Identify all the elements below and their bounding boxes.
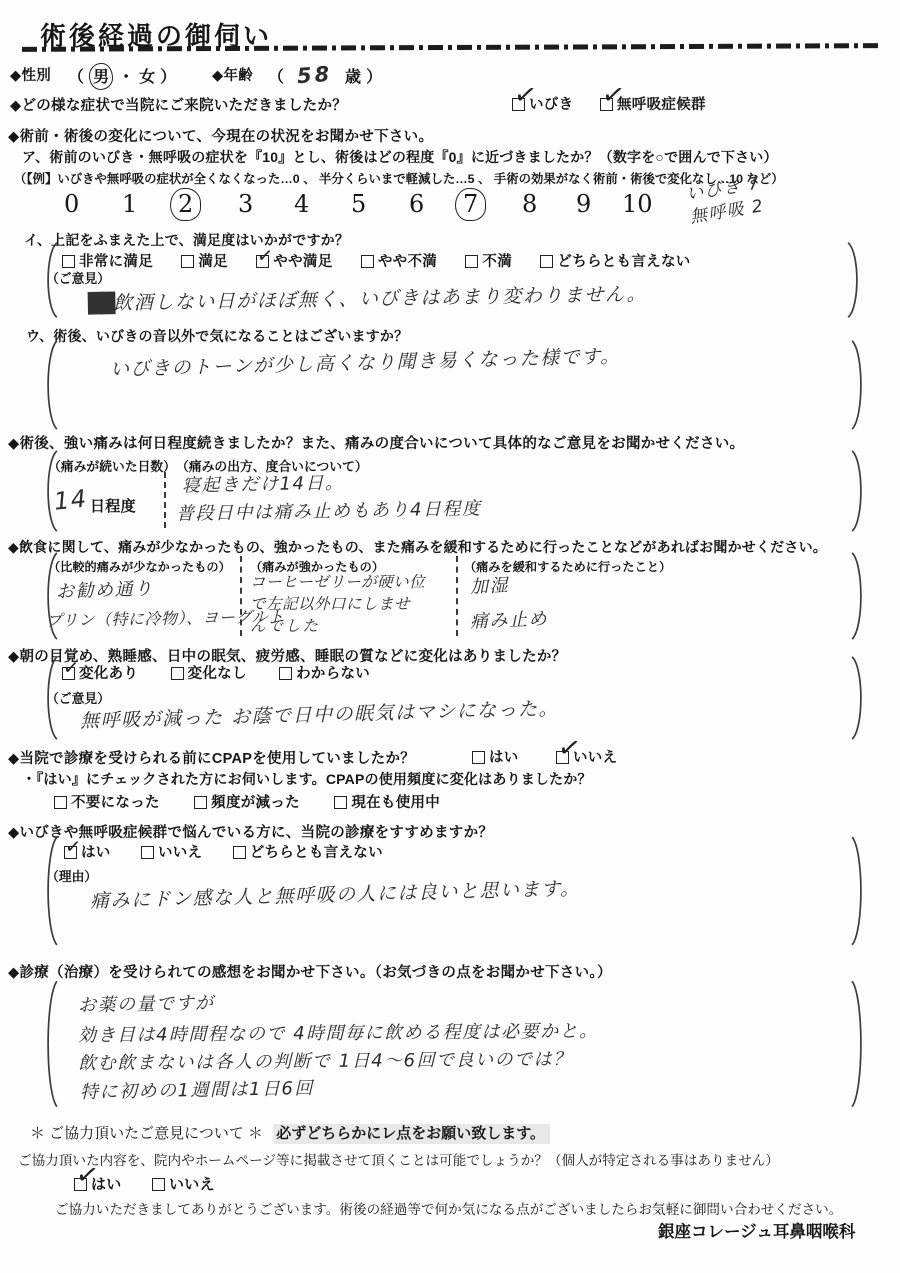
option-label: 不要になった <box>71 795 160 811</box>
checkbox <box>279 667 292 680</box>
impression-line3: 飲む飲まないは各人の判断で 1日4〜6回で良いのでは？ <box>78 1045 573 1075</box>
bracket-left <box>42 836 59 946</box>
recommend-options: ✓はい いいえ どちらとも言えない <box>64 841 383 862</box>
bracket-left <box>42 340 59 430</box>
footer-note: ＊ ご協力頂いたご意見について ＊ 必ずどちらかにレ点をお願い致します。 <box>30 1122 550 1143</box>
eating-heading: ◆飲食に関して、痛みが少なかったもの、強かったもの、また痛みを緩和するために行っ… <box>8 537 827 557</box>
symptom-question: ◆どの様な症状で当院にご来院いただきましたか？ <box>10 94 347 115</box>
footer-note-bold: 必ずどちらかにレ点をお願い致します。 <box>273 1124 550 1144</box>
option-no: いいえ <box>141 845 202 861</box>
publish-option-no: いいえ <box>152 1173 215 1194</box>
bracket-right <box>850 552 867 640</box>
sleep-comment: 無呼吸が減った お蔭で日中の眠気はマシになった。 <box>80 694 560 734</box>
option-label: いいえ <box>158 845 202 861</box>
option-label: 不満 <box>482 254 512 270</box>
eating-col3-line2: 痛み止め <box>470 605 549 634</box>
other-concern-question: ウ、術後、いびきの音以外で気になることはございますか？ <box>26 326 408 346</box>
paren: ） <box>366 69 382 86</box>
cpap-option-no: ✓いいえ <box>556 746 617 767</box>
impression-line4: 特に初めの1週間は1日6回 <box>80 1074 314 1104</box>
eating-col1-label: （比較的痛みが少なかったもの） <box>48 558 231 575</box>
checkbox <box>465 255 478 268</box>
age-unit: 歳 <box>345 69 361 86</box>
option-label: はい <box>81 845 111 861</box>
publish-option-yes: ✓はい <box>74 1173 122 1194</box>
checkbox <box>361 255 374 268</box>
eating-col1-line1: お勧め通り <box>56 574 154 603</box>
checkbox-checked: ✓ <box>256 255 269 268</box>
option-unsatisfied: 不満 <box>465 254 512 270</box>
checkbox <box>334 796 347 809</box>
clinic-name: 銀座コレージュ耳鼻咽喉科 <box>658 1218 855 1242</box>
eating-col2-line2: で左記以外口にしませ <box>250 592 410 614</box>
option-label: 満足 <box>198 254 228 270</box>
scale-1: 1 <box>122 190 137 218</box>
symptom-option-mukokyu: ✓無呼吸症候群 <box>600 93 706 114</box>
cpap-question: ◆当院で診療を受けられる前にCPAPを使用していましたか？ <box>8 747 415 768</box>
scale-5: 5 <box>351 190 366 218</box>
checkbox <box>472 751 485 764</box>
option-label: わからない <box>296 666 370 682</box>
questionnaire-scan: 術後経過の御伺い ◆性別 （ 男 ・ 女 ） ◆年齢 （ 58 歳 ） ◆どの様… <box>0 0 900 1273</box>
check-mark-icon: ✓ <box>256 246 274 267</box>
eating-col2-line1: コーヒーゼリーが硬い位 <box>250 570 425 592</box>
bracket-right <box>850 980 867 1108</box>
pain-heading: ◆術後、強い痛みは何日程度続きましたか？また、痛みの度合いについて具体的なご意見… <box>8 432 744 453</box>
option-label: 変化あり <box>79 666 138 682</box>
pain-detail-line2: 普段日中は痛み止めもあり4日程度 <box>176 494 482 525</box>
symptom-option-ibiki: ✓いびき <box>512 93 573 114</box>
option-label: はい <box>489 750 519 766</box>
option-unknown: わからない <box>279 666 370 682</box>
gender-value: （ 男 ・ 女 ） <box>68 63 177 90</box>
checkbox-checked: ✓ <box>62 667 75 680</box>
comment-handwriting: 飲酒しない日がほぼ無く、いびきはあまり変わりません。 <box>113 283 647 314</box>
cpap-followup-options: 不要になった 頻度が減った 現在も使用中 <box>54 791 440 812</box>
scale-8: 8 <box>522 190 537 218</box>
check-mark-icon: ✓ <box>64 837 82 858</box>
change-example: （【例】いびきや無呼吸の症状が全くなくなった…0 、 半分くらいまで軽減した…5… <box>14 169 784 187</box>
change-heading: ◆術前・術後の変化について、今現在の状況をお聞かせ下さい。 <box>8 125 433 146</box>
cpap-followup: ・『はい』にチェックされた方にお伺いします。CPAPの使用頻度に変化はありました… <box>22 769 592 789</box>
footer-note-prefix: ＊ ご協力頂いたご意見について ＊ <box>30 1125 263 1142</box>
symptom-option-label: 無呼吸症候群 <box>617 97 706 113</box>
satisfaction-question: イ、上記をふまえた上で、満足度はいかがですか？ <box>24 230 349 250</box>
check-mark-icon: ✓ <box>600 80 627 111</box>
option-label: やや不満 <box>378 254 437 270</box>
checkbox-mukokyu: ✓ <box>600 98 613 111</box>
check-mark-icon: ✓ <box>556 733 583 764</box>
option-somewhat-unsatisfied: やや不満 <box>361 254 437 270</box>
comment-label: （ご意見） <box>46 268 110 287</box>
scale-7-circled: 7 <box>455 188 486 221</box>
bracket-right <box>846 242 863 318</box>
option-label: 現在も使用中 <box>351 795 440 811</box>
paren: （ <box>268 69 284 86</box>
bracket-right <box>850 836 867 946</box>
pain-days-unit: 日程度 <box>90 495 136 516</box>
reason-label: （理由） <box>46 866 97 885</box>
age-field: （ 58 歳 ） <box>268 63 382 87</box>
checkbox-checked: ✓ <box>74 1178 87 1191</box>
checkbox-ibiki: ✓ <box>512 98 525 111</box>
option-label: どちらとも言えない <box>250 845 383 861</box>
pain-days-value: 14 <box>53 484 89 515</box>
comment-label: （ご意見） <box>46 688 110 707</box>
checkbox <box>152 1178 165 1191</box>
option-label: 変化なし <box>188 666 247 682</box>
check-mark-icon: ✓ <box>512 80 539 111</box>
checkbox <box>62 255 75 268</box>
option-neither: どちらとも言えない <box>233 845 383 861</box>
option-label: 頻度が減った <box>211 795 300 811</box>
option-label: どちらとも言えない <box>557 254 690 270</box>
scale-3: 3 <box>238 190 253 218</box>
change-sub-a: ア、術前のいびき・無呼吸の症状を『10』とし、術後はどの程度『0』に近づきました… <box>22 147 778 167</box>
satisfaction-options: 非常に満足 満足 ✓やや満足 やや不満 不満 どちらとも言えない <box>62 250 691 271</box>
eating-col3-line1: 加湿 <box>469 571 509 599</box>
gender-male-circled: 男 <box>89 63 113 90</box>
eating-col1-line2: プリン（特に冷物）、ヨーグルト <box>46 604 285 631</box>
publish-question: ご協力頂いた内容を、院内やホームページ等に掲載させて頂くことは可能でしょうか？（… <box>18 1149 779 1169</box>
impression-heading: ◆診療（治療）を受けられての感想をお聞かせ下さい。（お気づきの点をお聞かせ下さい… <box>8 961 612 982</box>
eating-col2-line3: んでした <box>250 614 320 636</box>
option-satisfied: 満足 <box>181 254 228 270</box>
scribbled-out-text: ██ <box>88 292 114 314</box>
checkbox <box>194 796 207 809</box>
scale-4: 4 <box>294 190 309 218</box>
scale-2-circled: 2 <box>170 188 201 221</box>
bracket-right <box>850 450 867 532</box>
sleep-options: ✓変化あり 変化なし わからない <box>62 662 370 683</box>
check-mark-icon: ✓ <box>62 658 80 679</box>
check-mark-icon: ✓ <box>74 1160 101 1191</box>
checkbox <box>233 846 246 859</box>
satisfaction-comment: ██飲酒しない日がほぼ無く、いびきはあまり変わりません。 <box>88 279 647 316</box>
gender-female: 女 <box>139 69 155 86</box>
checkbox <box>181 255 194 268</box>
recommend-reason: 痛みにドン感な人と無呼吸の人には良いと思います。 <box>90 874 581 914</box>
scale-0: 0 <box>64 190 79 218</box>
age-label: ◆年齢 <box>212 64 253 85</box>
option-no-longer-needed: 不要になった <box>54 795 160 811</box>
pain-detail-line1: 寝起きだけ14日。 <box>182 469 345 498</box>
option-no-change: 変化なし <box>171 666 247 682</box>
bracket-left <box>42 980 59 1108</box>
thanks-text: ご協力いただきましてありがとうございます。術後の経過等で何か気になる点がございま… <box>55 1198 842 1218</box>
bracket-right <box>850 340 867 430</box>
pain-days-label: （痛みが続いた日数） <box>48 456 176 475</box>
scale-9: 9 <box>576 190 591 218</box>
option-frequency-reduced: 頻度が減った <box>194 795 300 811</box>
pain-divider <box>164 472 166 528</box>
other-concern-answer: いびきのトーンが少し高くなり聞き易くなった様です。 <box>110 341 621 381</box>
option-label: やや満足 <box>273 254 332 270</box>
checkbox <box>171 667 184 680</box>
age-handwritten: 58 <box>296 62 333 88</box>
paren: ） <box>160 69 176 86</box>
bracket-right <box>850 656 867 740</box>
cpap-option-yes: はい <box>472 746 519 767</box>
option-still-using: 現在も使用中 <box>334 795 440 811</box>
checkbox <box>540 255 553 268</box>
gender-label: ◆性別 <box>10 64 51 85</box>
checkbox-checked: ✓ <box>64 846 77 859</box>
paren: （ <box>68 69 84 86</box>
eating-divider-2 <box>456 556 458 636</box>
option-label: いいえ <box>169 1176 215 1193</box>
option-neither: どちらとも言えない <box>540 254 690 270</box>
option-changed: ✓変化あり <box>62 666 138 682</box>
checkbox-checked: ✓ <box>556 751 569 764</box>
option-yes: ✓はい <box>64 845 111 861</box>
checkbox <box>141 846 154 859</box>
impression-line2: 効き目は4時間程なので 4時間毎に飲める程度は必要かと。 <box>78 1017 599 1048</box>
dot: ・ <box>118 69 134 86</box>
checkbox <box>54 796 67 809</box>
impression-line1: お薬の量ですが <box>78 989 215 1017</box>
scale-10: 10 <box>622 190 653 218</box>
option-somewhat-satisfied: ✓やや満足 <box>256 254 332 270</box>
scale-6: 6 <box>409 190 424 218</box>
